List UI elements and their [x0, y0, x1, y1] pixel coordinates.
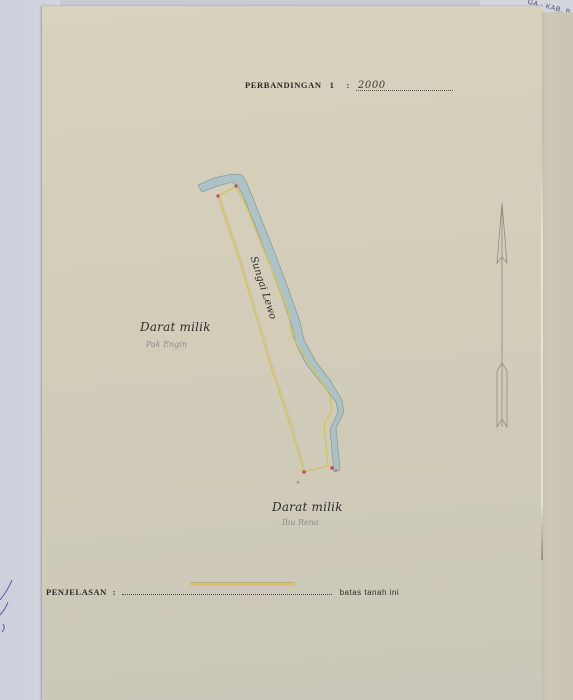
- neighbor-west-label: Darat milik: [140, 320, 211, 334]
- boundary-marker: [302, 470, 306, 474]
- svg-text:×: ×: [334, 468, 338, 474]
- legend-row: PENJELASAN : batas tanah ini: [46, 586, 399, 597]
- legend-suffix: batas tanah ini: [340, 588, 400, 597]
- neighbor-south-owner: Ibu Rena: [282, 518, 319, 527]
- legend-line: [122, 586, 332, 595]
- boundary-marker: [216, 194, 219, 197]
- river-shape: [198, 174, 344, 472]
- legend-separator: :: [113, 587, 116, 597]
- svg-text:×: ×: [296, 480, 300, 486]
- north-arrow-icon: [488, 195, 516, 435]
- legend-swatch: [190, 582, 295, 586]
- neighbor-west-owner: Pak Engin: [146, 340, 187, 349]
- neighbor-south-label: Darat milik: [272, 500, 343, 514]
- legend-label: PENJELASAN: [46, 587, 107, 597]
- boundary-marker: [234, 184, 237, 187]
- parcel-boundary: [218, 186, 332, 472]
